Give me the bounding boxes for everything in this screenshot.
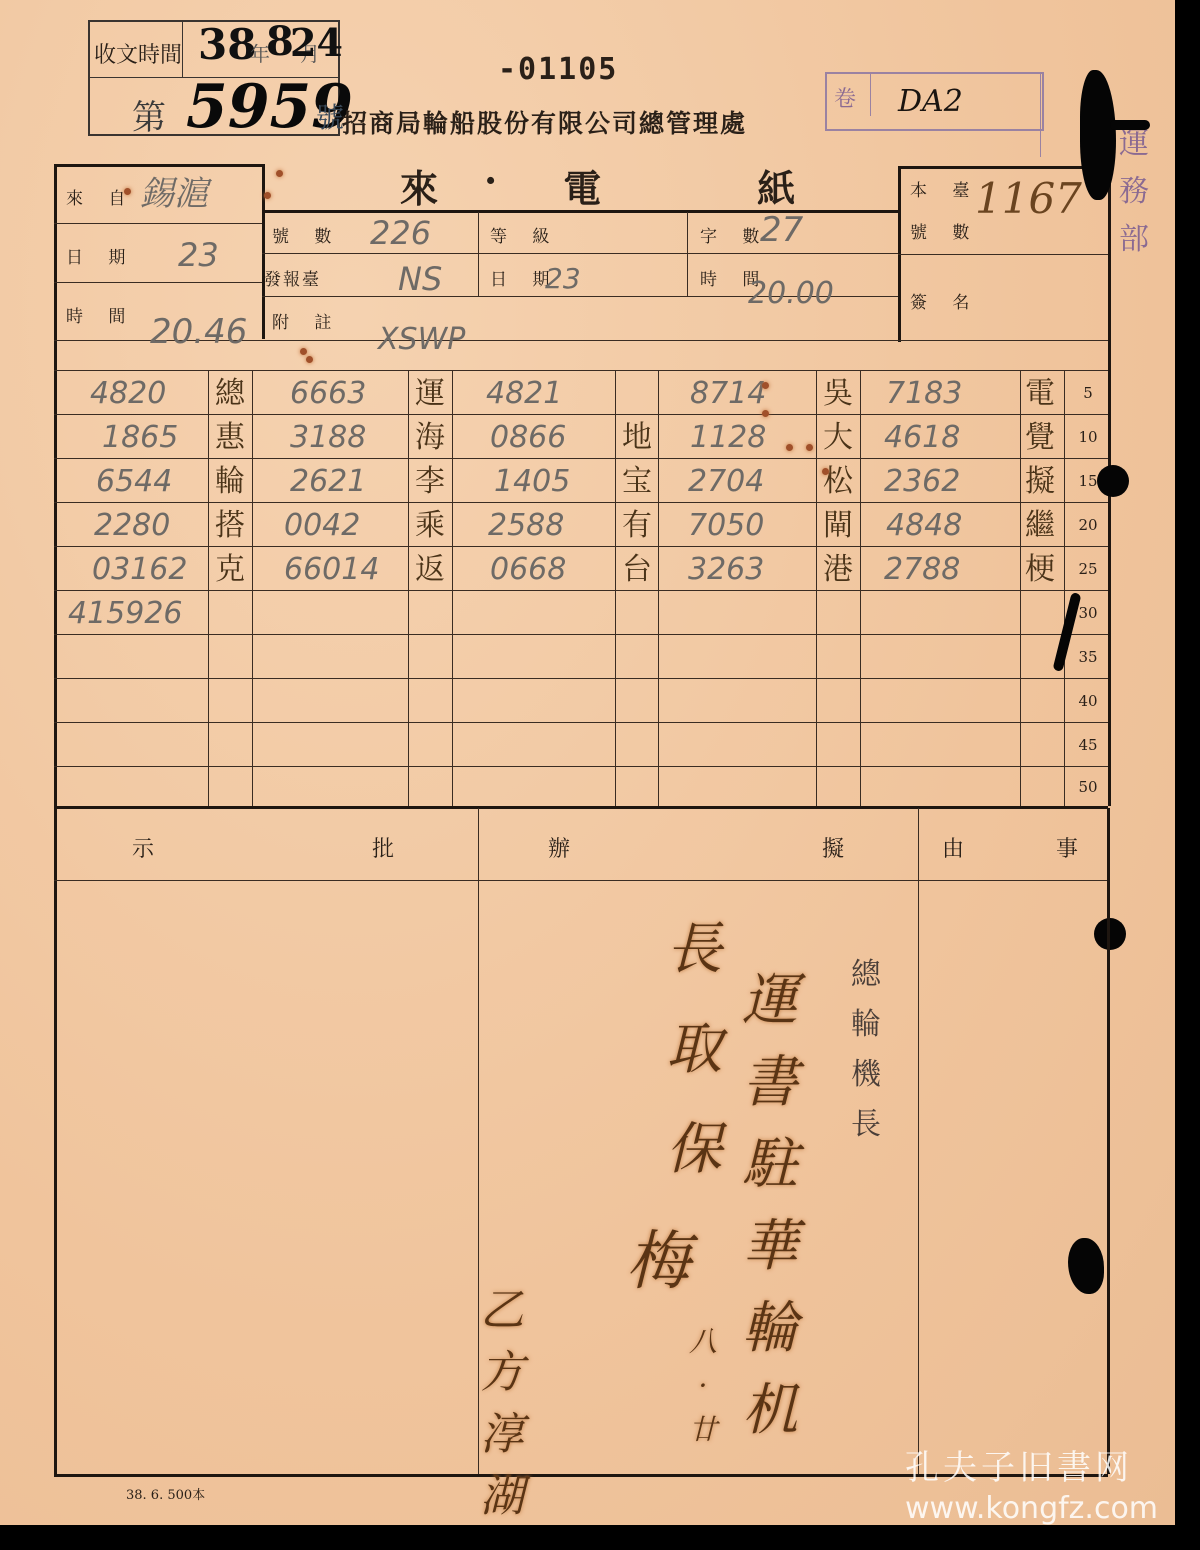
- decoded-char: 乘: [410, 504, 450, 548]
- date-value: 23: [178, 236, 219, 274]
- proposal-header-char-2: 擬: [822, 832, 844, 863]
- local-number-label-bottom: 號 數: [910, 218, 979, 243]
- file-stamp-value: DA2: [898, 84, 963, 119]
- code-r4-c2: 0042: [284, 508, 360, 543]
- proposal-text-column-2: 長取保: [662, 900, 726, 1200]
- code-r6-c1: 415926: [68, 596, 183, 631]
- proposal-signature: 梅: [626, 1210, 690, 1302]
- printer-mark: 38. 6. 500本: [126, 1484, 205, 1503]
- number-label: 號 數: [272, 222, 341, 247]
- decoded-char: 吳: [818, 372, 858, 416]
- punch-hole-top: [1097, 465, 1129, 497]
- watermark-line-1: 孔夫子旧書网: [905, 1440, 1158, 1489]
- row-number-25: 25: [1068, 560, 1108, 578]
- telegram-form-sheet: 收文時間 38 年 8 月 24 第 5959 號 -01105 招商局輪船股份…: [0, 0, 1175, 1525]
- code-r1-c5: 7183: [886, 376, 962, 411]
- row-number-20: 20: [1068, 516, 1108, 534]
- number-value: 226: [370, 214, 431, 252]
- decoded-char: 海: [410, 416, 450, 460]
- origin-date-value: 23: [545, 262, 581, 295]
- word-count-value: 27: [760, 210, 803, 250]
- subject-stamp: 總輪機長: [848, 950, 884, 1150]
- row-number-5: 5: [1068, 384, 1108, 402]
- form-title: 來 · 電 紙: [400, 158, 795, 213]
- code-r1-c2: 6663: [290, 376, 366, 411]
- receipt-day: 24: [290, 20, 343, 65]
- decoded-column-4: 吳 大 松 閘 港: [818, 372, 858, 592]
- grade-label: 等 級: [490, 222, 559, 247]
- code-r2-c3: 0866: [490, 420, 566, 455]
- decoded-char: 搭: [210, 504, 250, 548]
- decoded-char: 有: [617, 504, 657, 548]
- decoded-column-2: 運 海 李 乘 返: [410, 372, 450, 592]
- local-number-value: 1167: [975, 174, 1082, 223]
- code-r4-c3: 2588: [488, 508, 564, 543]
- proposal-text-column-1: 運書駐華輪机: [738, 960, 802, 1452]
- decoded-char: 港: [818, 548, 858, 592]
- code-r4-c1: 2280: [94, 508, 170, 543]
- code-r5-c3: 0668: [490, 552, 566, 587]
- receipt-no-suffix: 號: [316, 96, 344, 136]
- decoded-char: 輪: [210, 460, 250, 504]
- form-title-char-1: 來: [400, 158, 438, 213]
- code-r1-c3: 4821: [486, 376, 562, 411]
- decoded-char: 運: [410, 372, 450, 416]
- receipt-no-prefix: 第: [132, 90, 166, 139]
- decoded-column-5: 電 覺 擬 繼 梗: [1020, 372, 1060, 592]
- code-r1-c4: 8714: [690, 376, 766, 411]
- local-number-label-top: 本 臺: [910, 176, 979, 201]
- code-r3-c4: 2704: [688, 464, 764, 499]
- receipt-year: 38: [198, 20, 256, 69]
- ink-blot-top: [1080, 70, 1116, 200]
- serial-number: -01105: [498, 52, 618, 87]
- instruction-header-char-1: 示: [132, 832, 154, 863]
- subject-header-char-2: 事: [1056, 832, 1078, 863]
- punch-hole-middle: [1094, 918, 1126, 950]
- code-r1-c1: 4820: [90, 376, 166, 411]
- code-r5-c2: 66014: [284, 552, 379, 587]
- decoded-char: 大: [818, 416, 858, 460]
- organization-name: 招商局輪船股份有限公司總管理處: [342, 104, 747, 140]
- proposal-date: 八·廿: [688, 1320, 718, 1452]
- code-r5-c4: 3263: [688, 552, 764, 587]
- decoded-char: [617, 372, 657, 416]
- form-title-char-3: 紙: [757, 158, 795, 213]
- decoded-char: 克: [210, 548, 250, 592]
- code-r4-c5: 4848: [886, 508, 962, 543]
- instruction-text: 乙方 淳湖: [480, 1280, 524, 1528]
- code-r5-c1: 03162: [92, 552, 187, 587]
- decoded-char: 總: [210, 372, 250, 416]
- decoded-char: 閘: [818, 504, 858, 548]
- time-label: 時 間: [66, 302, 135, 327]
- row-number-45: 45: [1068, 736, 1108, 754]
- decoded-char: 返: [410, 548, 450, 592]
- decoded-char: 梗: [1020, 548, 1060, 592]
- decoded-char: 地: [617, 416, 657, 460]
- decoded-char: 繼: [1020, 504, 1060, 548]
- decoded-column-3: 地 宝 有 台: [617, 372, 657, 592]
- decoded-char: 擬: [1020, 460, 1060, 504]
- row-number-35: 35: [1068, 648, 1108, 666]
- code-r5-c5: 2788: [884, 552, 960, 587]
- department-stamp: 運務部: [1112, 120, 1156, 264]
- code-r3-c1: 6544: [96, 464, 172, 499]
- receipt-time-label: 收文時間: [94, 38, 182, 69]
- decoded-char: 覺: [1020, 416, 1060, 460]
- form-title-dot: ·: [484, 158, 497, 213]
- file-stamp-label: 卷: [834, 82, 856, 113]
- origin-station-label: 發報臺: [264, 265, 321, 290]
- decoded-column-1: 總 惠 輪 搭 克: [210, 372, 250, 592]
- instruction-header-char-2: 批: [372, 832, 394, 863]
- from-value: 錫滬: [140, 166, 208, 215]
- row-number-40: 40: [1068, 692, 1108, 710]
- ink-blot-bottom: [1068, 1238, 1104, 1294]
- origin-station-value: NS: [398, 260, 442, 298]
- code-r2-c1: 1865: [102, 420, 178, 455]
- code-r4-c4: 7050: [688, 508, 764, 543]
- code-r2-c5: 4618: [884, 420, 960, 455]
- origin-time-value: 20.00: [748, 276, 834, 311]
- signature-label: 簽 名: [910, 288, 979, 313]
- remarks-label: 附 註: [272, 308, 341, 333]
- proposal-header-char-1: 辦: [548, 832, 570, 863]
- code-r3-c5: 2362: [884, 464, 960, 499]
- watermark-line-2: www.kongfz.com: [905, 1491, 1158, 1526]
- decoded-char: 宝: [617, 460, 657, 504]
- word-count-label: 字 數: [700, 222, 769, 247]
- decoded-char: 惠: [210, 416, 250, 460]
- decoded-char: 松: [818, 460, 858, 504]
- code-r3-c3: 1405: [494, 464, 570, 499]
- form-title-char-2: 電: [563, 158, 601, 213]
- code-r2-c4: 1128: [690, 420, 766, 455]
- row-number-10: 10: [1068, 428, 1108, 446]
- watermark: 孔夫子旧書网 www.kongfz.com: [905, 1440, 1158, 1526]
- remarks-value: XSWP: [378, 322, 465, 357]
- subject-header-char-1: 由: [942, 832, 964, 863]
- time-value: 20.46: [150, 312, 247, 352]
- decoded-char: 台: [617, 548, 657, 592]
- date-label: 日 期: [66, 243, 135, 268]
- row-number-50: 50: [1068, 778, 1108, 796]
- code-r2-c2: 3188: [290, 420, 366, 455]
- decoded-char: 李: [410, 460, 450, 504]
- code-r3-c2: 2621: [290, 464, 366, 499]
- decoded-char: 電: [1020, 372, 1060, 416]
